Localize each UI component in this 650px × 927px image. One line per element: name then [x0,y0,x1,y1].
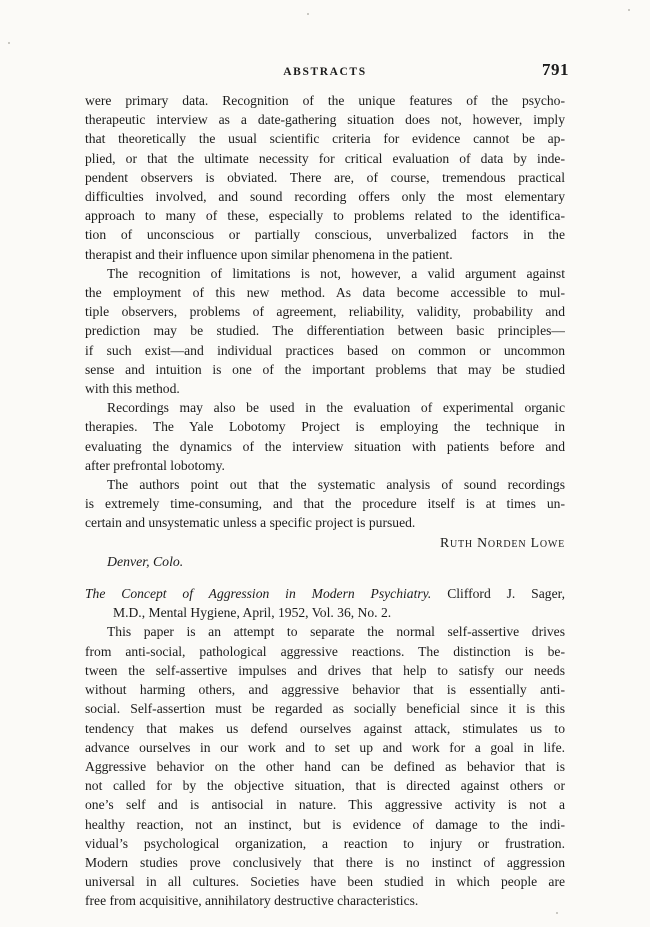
paragraph: were primary data. Recognition of the un… [85,91,565,264]
text-line: the employment of this new method. As da… [85,283,565,302]
text-line: one’s self and is antisocial in nature. … [85,795,565,814]
abstract-body: This paper is an attempt to separate the… [85,622,565,910]
text-line: tiple observers, problems of agreement, … [85,302,565,321]
text-line: universal in all cultures. Societies hav… [85,872,565,891]
text-line: prediction may be studied. The different… [85,321,565,340]
text-line: with this method. [85,379,565,398]
text-block: ABSTRACTS 791 were primary data. Recogni… [85,60,565,911]
text-line: advance ourselves in our work and to set… [85,738,565,757]
text-line: difficulties involved, and sound recordi… [85,187,565,206]
text-line: without harming others, and aggressive b… [85,680,565,699]
author-location: Denver, Colo. [85,552,565,571]
running-head-title: ABSTRACTS [85,66,565,78]
author-signature: Ruth Norden Lowe [85,533,565,552]
text-line: The authors point out that the systemati… [85,475,565,494]
abstract-author: Clifford J. Sager, [447,586,565,601]
text-line: therapist and their influence upon simil… [85,245,565,264]
text-line: that theoretically the usual scientific … [85,129,565,148]
abstract-continued: were primary data. Recognition of the un… [85,91,565,571]
paragraph: Recordings may also be used in the evalu… [85,398,565,475]
text-line: is extremely time-consuming, and that th… [85,494,565,513]
scan-speck [8,42,10,44]
abstract-citation: The Concept of Aggression in Modern Psyc… [85,584,565,622]
citation-line-2: M.D., Mental Hygiene, April, 1952, Vol. … [85,603,565,622]
text-line: certain and unsystematic unless a specif… [85,513,565,532]
text-line: were primary data. Recognition of the un… [85,91,565,110]
text-line: social. Self-assertion must be regarded … [85,699,565,718]
text-line: The recognition of limitations is not, h… [85,264,565,283]
text-line: therapeutic interview as a date-gatherin… [85,110,565,129]
text-line: free from acquisitive, annihilatory dest… [85,891,565,910]
scan-speck [628,9,630,11]
text-line: Modern studies prove conclusively that t… [85,853,565,872]
abstract-body: were primary data. Recognition of the un… [85,91,565,533]
paragraph: The authors point out that the systemati… [85,475,565,533]
text-line: pendent observers is obviated. There are… [85,168,565,187]
scan-speck [307,13,309,15]
running-head: ABSTRACTS 791 [85,60,565,82]
text-line: plied, or that the ultimate necessity fo… [85,149,565,168]
scan-speck [556,912,558,914]
citation-line-1: The Concept of Aggression in Modern Psyc… [85,584,565,603]
journal-page: ABSTRACTS 791 were primary data. Recogni… [0,0,650,927]
text-line: approach to many of these, especially to… [85,206,565,225]
text-line: evaluating the dynamics of the interview… [85,437,565,456]
paragraph: The recognition of limitations is not, h… [85,264,565,398]
text-line: sense and intuition is one of the import… [85,360,565,379]
text-line: tion of unconscious or partially conscio… [85,225,565,244]
text-line: therapies. The Yale Lobotomy Project is … [85,417,565,436]
abstract-title: The Concept of Aggression in Modern Psyc… [85,586,431,601]
text-line: Recordings may also be used in the evalu… [85,398,565,417]
text-line: tendency that makes us defend ourselves … [85,719,565,738]
text-line: after prefrontal lobotomy. [85,456,565,475]
text-line: This paper is an attempt to separate the… [85,622,565,641]
text-line: Aggressive behavior on the other hand ca… [85,757,565,776]
text-line: healthy reaction, not an instinct, but i… [85,815,565,834]
text-line: from anti-social, pathological aggressiv… [85,642,565,661]
paragraph: This paper is an attempt to separate the… [85,622,565,910]
text-line: tween the self-assertive impulses and dr… [85,661,565,680]
page-number: 791 [542,60,569,80]
abstract-sager: The Concept of Aggression in Modern Psyc… [85,584,565,910]
text-line: if such exist—and individual practices b… [85,341,565,360]
text-line: vidual’s psychological organization, a r… [85,834,565,853]
text-line: not called for by the objective situatio… [85,776,565,795]
